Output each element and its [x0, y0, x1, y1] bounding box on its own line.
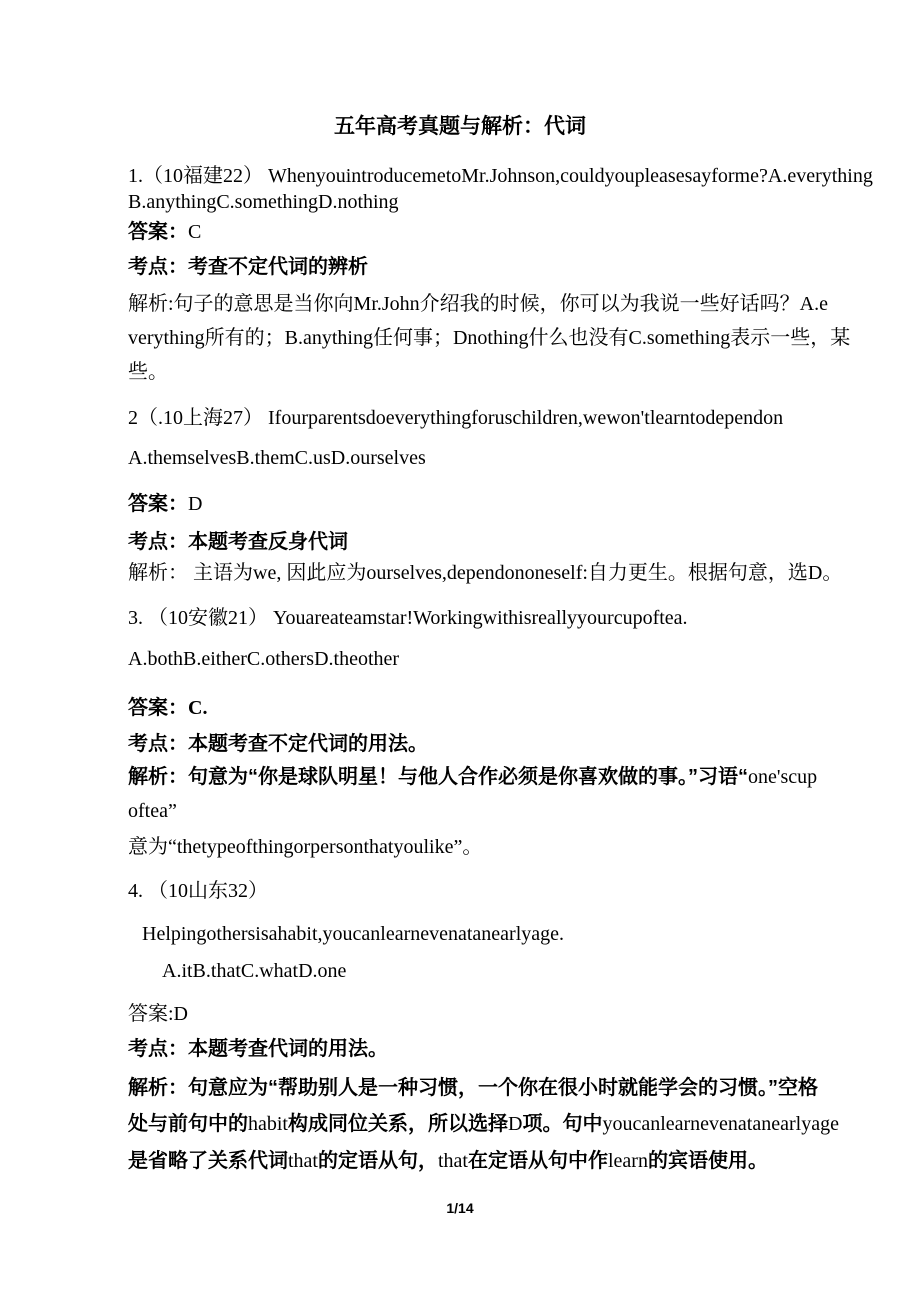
q2-answer: 答案：D: [128, 490, 792, 518]
q4-point: 考点：本题考查代词的用法。: [128, 1035, 792, 1063]
q1-analysis-line-2: verything所有的；B.anything任何事；Dnothing什么也没有…: [128, 324, 792, 352]
text-segment: one'scup: [748, 766, 817, 788]
text-segment: D: [508, 1113, 522, 1135]
text-segment: learn: [608, 1150, 648, 1172]
q3-answer: 答案：C.: [128, 694, 792, 722]
text-segment: 考点：本题考查反身代词: [128, 531, 348, 553]
text-segment: that: [438, 1150, 468, 1172]
q2-options: A.themselvesB.themC.usD.ourselves: [128, 444, 792, 472]
page-number-indicator: 1/14: [128, 1199, 792, 1217]
text-segment: 是省略了关系代词: [128, 1150, 288, 1172]
text-segment: oftea”: [128, 800, 177, 822]
text-segment: 考点：考查不定代词的辨析: [128, 256, 368, 278]
text-segment: 构成同位关系，所以选择: [288, 1113, 508, 1135]
q1-analysis-line-3: 些。: [128, 358, 792, 386]
text-segment: 2（.10上海27） Ifourparentsdoeverythingforus…: [128, 407, 783, 429]
text-segment: 答案：: [128, 493, 188, 515]
q1-stem-line-2: B.anythingC.somethingD.nothing: [128, 188, 792, 216]
text-segment: 项。句中: [522, 1113, 602, 1135]
text-segment: youcanlearnevenatanearlyage: [602, 1113, 839, 1135]
q4-analysis-line-2: 处与前句中的habit构成同位关系，所以选择D项。句中youcanlearnev…: [128, 1110, 792, 1138]
text-segment: 的宾语使用。: [648, 1150, 768, 1172]
q4-stem-line-2: Helpingothersisahabit,youcanlearnevenata…: [142, 920, 792, 948]
q4-answer: 答案:D: [128, 1000, 792, 1028]
q1-analysis-line-1: 解析:句子的意思是当你向Mr.John介绍我的时候，你可以为我说一些好话吗？A.…: [128, 290, 792, 318]
text-segment: 答案:D: [128, 1003, 188, 1025]
q3-analysis-line-1: 解析：句意为“你是球队明星！与他人合作必须是你喜欢做的事。”习语“one'scu…: [128, 763, 792, 791]
text-segment: 的定语从句，: [318, 1150, 438, 1172]
text-segment: C.: [188, 697, 207, 719]
q4-analysis-line-1: 解析：句意应为“帮助别人是一种习惯，一个你在很小时就能学会的习惯。”空格: [128, 1074, 792, 1102]
q2-stem-line-1: 2（.10上海27） Ifourparentsdoeverythingforus…: [128, 404, 792, 432]
q2-analysis-line-1: 解析： 主语为we, 因此应为ourselves,dependononeself…: [128, 559, 792, 587]
text-segment: C: [188, 221, 201, 243]
document-page: 五年高考真题与解析：代词 1.（10福建22） Whenyouintroduce…: [0, 0, 920, 1302]
text-segment: that: [288, 1150, 318, 1172]
q2-point: 考点：本题考查反身代词: [128, 528, 792, 556]
document-title: 五年高考真题与解析：代词: [128, 112, 792, 142]
q3-options: A.bothB.eitherC.othersD.theother: [128, 645, 792, 673]
q4-analysis-line-3: 是省略了关系代词that的定语从句，that在定语从句中作learn的宾语使用。: [128, 1147, 792, 1175]
text-segment: 解析：句意为“你是球队明星！与他人合作必须是你喜欢做的事。”习语“: [128, 766, 748, 788]
text-segment: 答案：: [128, 697, 188, 719]
text-segment: 3. （10安徽21） Youareateamstar!Workingwithi…: [128, 607, 688, 629]
q3-point: 考点：本题考查不定代词的用法。: [128, 730, 792, 758]
q3-analysis-line-3: 意为“thetypeofthingorpersonthatyoulike”。: [128, 833, 792, 861]
text-segment: verything所有的；B.anything任何事；Dnothing什么也没有…: [128, 327, 850, 349]
text-segment: habit: [248, 1113, 288, 1135]
text-segment: 考点：本题考查不定代词的用法。: [128, 733, 428, 755]
q1-stem-line-1: 1.（10福建22） WhenyouintroducemetoMr.Johnso…: [128, 162, 792, 190]
text-segment: 1.（10福建22） WhenyouintroducemetoMr.Johnso…: [128, 165, 873, 187]
text-segment: B.anythingC.somethingD.nothing: [128, 191, 399, 213]
text-segment: 考点：本题考查代词的用法。: [128, 1038, 388, 1060]
text-segment: Helpingothersisahabit,youcanlearnevenata…: [142, 923, 564, 945]
text-segment: 答案：: [128, 221, 188, 243]
q1-answer: 答案：C: [128, 218, 792, 246]
text-segment: D: [188, 493, 202, 515]
text-segment: 解析： 主语为we, 因此应为ourselves,dependononeself…: [128, 562, 842, 584]
q4-options: A.itB.thatC.whatD.one: [162, 957, 792, 985]
q3-analysis-line-2: oftea”: [128, 797, 792, 825]
text-segment: A.themselvesB.themC.usD.ourselves: [128, 447, 426, 469]
text-segment: 些。: [128, 361, 168, 383]
q4-stem-line-1: 4. （10山东32）: [128, 877, 792, 905]
text-segment: 在定语从句中作: [468, 1150, 608, 1172]
text-segment: A.bothB.eitherC.othersD.theother: [128, 648, 399, 670]
text-segment: 4. （10山东32）: [128, 880, 268, 902]
text-segment: 意为“thetypeofthingorpersonthatyoulike”。: [128, 836, 482, 858]
text-segment: 解析：句意应为“帮助别人是一种习惯，一个你在很小时就能学会的习惯。”空格: [128, 1077, 818, 1099]
text-segment: 处与前句中的: [128, 1113, 248, 1135]
q1-point: 考点：考查不定代词的辨析: [128, 253, 792, 281]
text-segment: A.itB.thatC.whatD.one: [162, 960, 346, 982]
q3-stem-line-1: 3. （10安徽21） Youareateamstar!Workingwithi…: [128, 604, 792, 632]
text-segment: 解析:句子的意思是当你向Mr.John介绍我的时候，你可以为我说一些好话吗？A.…: [128, 293, 828, 315]
